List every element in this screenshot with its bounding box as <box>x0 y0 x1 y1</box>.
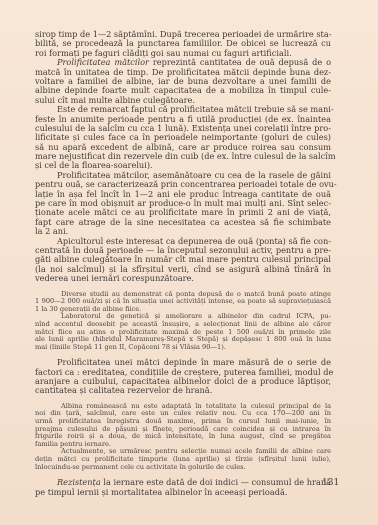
text-line: vederea unei iernări corespunzătoare. <box>35 274 331 283</box>
text-line: pe timpul iernii și mortalitatea albinel… <box>35 488 331 497</box>
italic-term: Prolificitatea mătcilor <box>57 57 149 67</box>
footnote-block: Albina românească nu este adaptată în to… <box>35 403 331 471</box>
italic-term: Rezistența <box>57 477 101 487</box>
page-number: 131 <box>322 478 339 488</box>
paragraph: Prolificitatea mătcilor reprezintă canti… <box>35 58 331 105</box>
paragraph: Apicultorul este interesat ca depunerea … <box>35 237 331 284</box>
text-column: sirop timp de 1—2 săptămîni. După trecer… <box>35 30 331 497</box>
text-line: cantitatea și calitatea rezervelor de hr… <box>35 386 331 395</box>
paragraph: sirop timp de 1—2 săptămîni. După trecer… <box>35 30 331 58</box>
book-page: sirop timp de 1—2 săptămîni. După trecer… <box>0 0 378 525</box>
text-line: fapt care atrage de la sine necesitatea … <box>35 218 331 227</box>
paragraph: Este de remarcat faptul că prolificitate… <box>35 105 331 171</box>
paragraph: Rezistența la iernare este dată de doi i… <box>35 478 331 497</box>
text-line: înlocuindu-se permanent cele cu activita… <box>35 464 331 472</box>
paragraph: Prolificitatea mătcilor, asemănătoare cu… <box>35 171 331 237</box>
paragraph: Prolificitatea unei mătci depinde în mar… <box>35 358 331 396</box>
text-line: mai (liniile Stepă 11 gen II, Copăceni 7… <box>35 344 331 352</box>
footnote-block: Diverse studii au demonstrat că ponta de… <box>35 291 331 352</box>
